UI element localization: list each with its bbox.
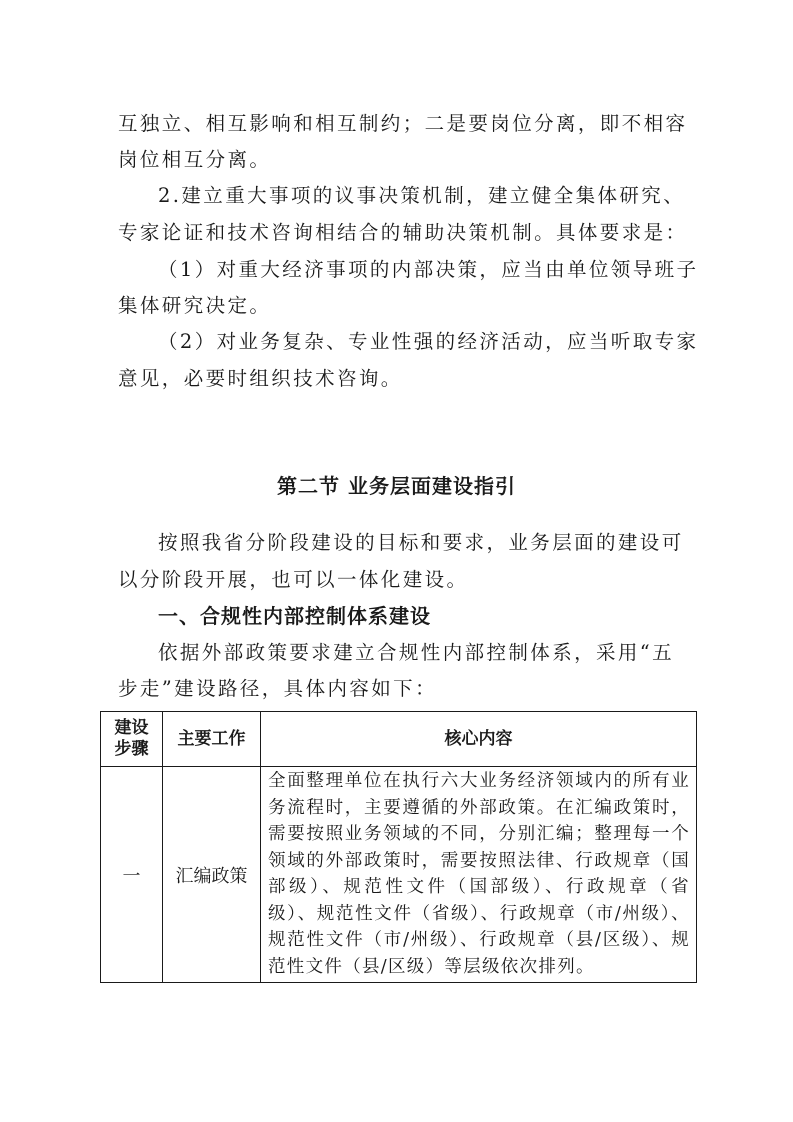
header-work: 主要工作 (163, 712, 261, 767)
lead-line: 依据外部政策要求建立合规性内部控制体系，采用“五 (158, 641, 718, 665)
paragraph-line: （2）对业务复杂、专业性强的经济活动，应当听取专家 (158, 330, 718, 354)
cell-step: 一 (101, 767, 163, 983)
cell-work: 汇编政策 (163, 767, 261, 983)
steps-table: 建设步骤 主要工作 核心内容 一 汇编政策 全面整理单位在执行六大业务经济领域内… (100, 711, 697, 983)
table-row: 一 汇编政策 全面整理单位在执行六大业务经济领域内的所有业务流程时，主要遵循的外… (101, 767, 697, 983)
paragraph-line: 互独立、相互影响和相互制约；二是要岗位分离，即不相容 (118, 112, 678, 136)
table-header-row: 建设步骤 主要工作 核心内容 (101, 712, 697, 767)
section-title: 第二节 业务层面建设指引 (0, 474, 793, 498)
paragraph-line: （1）对重大经济事项的内部决策，应当由单位领导班子 (158, 258, 718, 282)
paragraph-line: 岗位相互分离。 (118, 148, 678, 172)
paragraph-line: 集体研究决定。 (118, 294, 678, 318)
paragraph-line: 意见，必要时组织技术咨询。 (118, 367, 678, 391)
paragraph-line: 2.建立重大事项的议事决策机制，建立健全集体研究、 (158, 184, 718, 208)
header-content: 核心内容 (261, 712, 697, 767)
intro-line: 以分阶段开展，也可以一体化建设。 (118, 568, 678, 592)
intro-line: 按照我省分阶段建设的目标和要求，业务层面的建设可 (158, 531, 718, 555)
lead-line: 步走”建设路径，具体内容如下： (118, 677, 678, 701)
subsection-title: 一、合规性内部控制体系建设 (158, 604, 431, 628)
header-step: 建设步骤 (101, 712, 163, 767)
cell-content: 全面整理单位在执行六大业务经济领域内的所有业务流程时，主要遵循的外部政策。在汇编… (261, 767, 697, 983)
paragraph-line: 专家论证和技术咨询相结合的辅助决策机制。具体要求是： (118, 221, 678, 245)
